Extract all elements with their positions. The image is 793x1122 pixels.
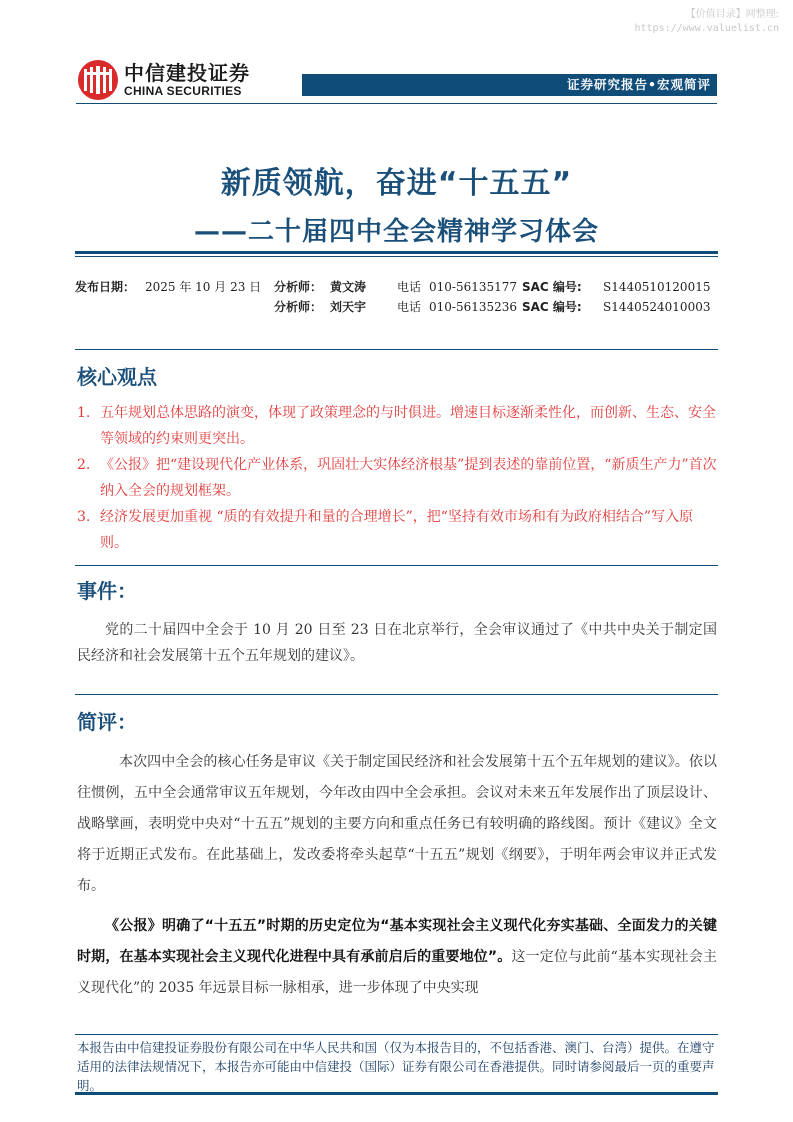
publish-date-label: 发布日期： (75, 277, 135, 297)
header-divider (76, 103, 717, 104)
footer-bottom-bar (75, 1092, 718, 1095)
comment-heading: 简评： (77, 706, 137, 735)
watermark-url: https://www.valuelist.cn (635, 22, 780, 36)
key-point-number: 3. (77, 504, 90, 530)
event-paragraph: 党的二十届四中全会于 10 月 20 日至 23 日在北京举行，全会审议通过了《… (77, 617, 717, 669)
publish-date-value: 2025 年 10 月 23 日 (145, 277, 261, 297)
citic-logo-icon (78, 60, 118, 100)
title-divider-thin (75, 256, 718, 257)
analyst-label: 分析师： (274, 277, 322, 297)
footer-disclaimer: 本报告由中信建投证券股份有限公司在中华人民共和国（仅为本报告目的，不包括香港、澳… (77, 1038, 717, 1095)
phone-number: 010-56135236 (429, 297, 517, 317)
meta-row-1: 发布日期： 2025 年 10 月 23 日 分析师： 黄文涛 电话 010-5… (75, 277, 718, 297)
watermark-line-1: 【价值目录】网整理: (635, 8, 780, 22)
meta-row-2: 分析师： 刘天宇 电话 010-56135236 SAC 编号: S144052… (75, 297, 718, 317)
event-heading: 事件： (77, 575, 137, 604)
report-header: 中信建投证券 CHINA SECURITIES 证券研究报告•宏观简评 (76, 58, 717, 106)
sac-number: S1440524010003 (603, 297, 710, 317)
phone-label: 电话 (397, 277, 421, 297)
company-logo: 中信建投证券 CHINA SECURITIES (78, 60, 250, 100)
analyst-name: 黄文涛 (330, 277, 366, 297)
section-divider (75, 694, 718, 695)
analyst-name: 刘天宇 (330, 297, 366, 317)
key-point-text: 五年规划总体思路的演变，体现了政策理念的与时俱进。增速目标逐渐柔性化，而创新、生… (77, 400, 717, 452)
key-point-3: 3. 经济发展更加重视 “质的有效提升和量的合理增长”，把“坚持有效市场和有为政… (77, 504, 717, 556)
comment-paragraph-2: 《公报》明确了“十五五”时期的历史定位为“基本实现社会主义现代化夯实基础、全面发… (77, 911, 717, 1004)
logo-chinese-name: 中信建投证券 (124, 62, 250, 84)
phone-label: 电话 (397, 297, 421, 317)
logo-english-name: CHINA SECURITIES (124, 84, 250, 98)
phone-number: 010-56135177 (429, 277, 517, 297)
comment-paragraph-1: 本次四中全会的核心任务是审议《关于制定国民经济和社会发展第十五个五年规划的建议》… (77, 747, 717, 902)
sac-label: SAC 编号: (522, 297, 582, 317)
key-point-1: 1. 五年规划总体思路的演变，体现了政策理念的与时俱进。增速目标逐渐柔性化，而创… (77, 400, 717, 452)
section-divider (75, 349, 718, 350)
key-points-heading: 核心观点 (77, 361, 157, 390)
key-point-text: 《公报》把“建设现代化产业体系，巩固壮大实体经济根基”提到表述的靠前位置，“新质… (77, 452, 717, 504)
key-point-number: 2. (77, 452, 90, 478)
report-type-banner: 证券研究报告•宏观简评 (302, 74, 717, 96)
analyst-label: 分析师： (274, 297, 322, 317)
report-title: 新质领航，奋进“十五五” (0, 158, 793, 202)
title-divider-thick (75, 251, 718, 254)
footer-divider (75, 1034, 718, 1035)
watermark: 【价值目录】网整理: https://www.valuelist.cn (635, 8, 780, 36)
sac-label: SAC 编号: (522, 277, 582, 297)
section-divider (75, 565, 718, 566)
key-point-text: 经济发展更加重视 “质的有效提升和量的合理增长”，把“坚持有效市场和有为政府相结… (77, 504, 717, 556)
key-point-number: 1. (77, 400, 90, 426)
report-subtitle: ——二十届四中全会精神学习体会 (0, 211, 793, 248)
sac-number: S1440510120015 (603, 277, 710, 297)
key-point-2: 2. 《公报》把“建设现代化产业体系，巩固壮大实体经济根基”提到表述的靠前位置，… (77, 452, 717, 504)
